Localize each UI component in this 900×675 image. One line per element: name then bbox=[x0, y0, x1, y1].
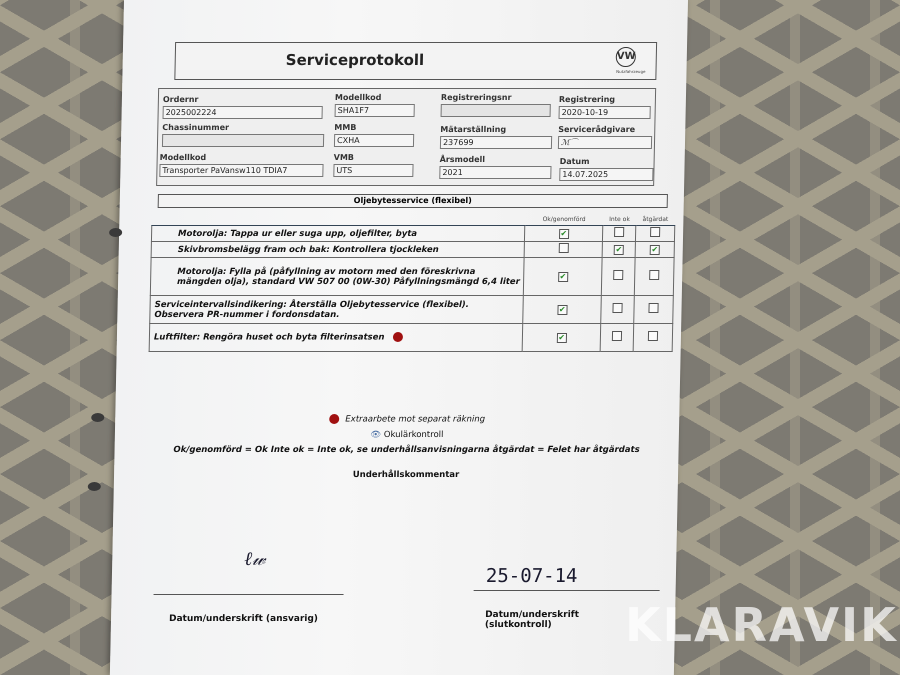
punch-hole bbox=[88, 482, 101, 491]
service-task-table: Ok/genomförd Inte ok åtgärdat Motorolja:… bbox=[149, 214, 676, 352]
task-label: Luftfilter: Rengöra huset och byta filte… bbox=[154, 333, 385, 343]
table-row: Motorolja: Fylla på (påfyllning av motor… bbox=[150, 258, 674, 296]
column-header-atgardat: åtgärdat bbox=[636, 214, 675, 226]
punch-hole bbox=[109, 228, 122, 237]
column-header-ok: Ok/genomförd bbox=[525, 214, 603, 226]
checkbox-ok[interactable]: ✔ bbox=[557, 333, 567, 343]
checkbox-inte-ok[interactable] bbox=[613, 303, 623, 313]
task-label: Skivbromsbelägg fram och bak: Kontroller… bbox=[178, 245, 439, 255]
legend-visual: 👁 Okulärkontroll bbox=[137, 430, 677, 440]
checkbox-atgardat[interactable] bbox=[648, 331, 658, 341]
signature-label-left: Datum/underskrift (ansvarig) bbox=[169, 614, 318, 624]
checkbox-ok[interactable]: ✔ bbox=[558, 272, 568, 282]
field-modellkod: ModellkodSHA1F7 bbox=[335, 93, 416, 117]
service-protocol-sheet: Serviceprotokoll VW Nutzfahrzeuge Ordern… bbox=[110, 0, 688, 675]
checkbox-ok[interactable]: ✔ bbox=[557, 305, 567, 315]
punch-hole bbox=[91, 413, 104, 422]
checkbox-inte-ok[interactable] bbox=[612, 331, 622, 341]
legend-extra: Extraarbete mot separat räkning bbox=[137, 414, 677, 425]
signature-line-left bbox=[154, 594, 344, 595]
checkbox-atgardat[interactable] bbox=[648, 303, 658, 313]
field-vmb: VMBUTS bbox=[333, 153, 414, 177]
vw-logo-icon: VW bbox=[616, 47, 636, 67]
field-registreringsnr: Registreringsnr bbox=[441, 93, 552, 117]
field-registrering: Registrering2020-10-19 bbox=[559, 95, 652, 119]
eye-icon: 👁 bbox=[370, 430, 381, 440]
signature-right-date: 25-07-14 bbox=[486, 565, 578, 587]
field-modellkod-beskrivning: ModellkodTransporter PaVansw110 TDIA7 bbox=[159, 153, 324, 177]
signature-line-right bbox=[474, 590, 660, 591]
field-mmb: MMBCXHA bbox=[334, 123, 415, 147]
field-datum: Datum14.07.2025 bbox=[559, 157, 654, 181]
table-row: Serviceintervallsindikering: Återställa … bbox=[150, 296, 674, 324]
checkbox-inte-ok[interactable]: ✔ bbox=[614, 245, 624, 255]
maintenance-comment-title: Underhållskommentar bbox=[136, 470, 676, 480]
extra-work-dot-icon bbox=[329, 414, 339, 424]
watermark: KLARAVIK bbox=[625, 598, 898, 652]
field-arsmodell: Årsmodell2021 bbox=[439, 155, 552, 179]
checkbox-ok[interactable] bbox=[558, 243, 568, 253]
task-label: Motorolja: Fylla på (påfyllning av motor… bbox=[177, 267, 520, 287]
table-row: Skivbromsbelägg fram och bak: Kontroller… bbox=[151, 242, 674, 258]
signature-label-right: Datum/underskrift (slutkontroll) bbox=[485, 610, 643, 630]
checkbox-inte-ok[interactable] bbox=[613, 270, 623, 280]
table-row: Motorolja: Tappa ur eller suga upp, olje… bbox=[151, 226, 674, 242]
column-header-inte-ok: Inte ok bbox=[603, 214, 636, 226]
header: Serviceprotokoll VW Nutzfahrzeuge bbox=[174, 42, 657, 80]
table-row: Luftfilter: Rengöra huset och byta filte… bbox=[149, 324, 673, 352]
checkbox-atgardat[interactable]: ✔ bbox=[650, 245, 660, 255]
field-serviceradgivare: Servicerådgivareℳ⌒ bbox=[558, 125, 653, 149]
field-matarstallning: Mätarställning237699 bbox=[440, 125, 553, 149]
brand-subtitle: Nutzfahrzeuge bbox=[616, 69, 645, 74]
field-ordernr: Ordernr2025002224 bbox=[163, 95, 324, 119]
field-chassinummer: Chassinummer bbox=[162, 123, 325, 147]
document-title: Serviceprotokoll bbox=[286, 51, 425, 69]
section-title: Oljebytesservice (flexibel) bbox=[158, 194, 668, 208]
vehicle-info: Ordernr2025002224 ModellkodSHA1F7 Regist… bbox=[156, 88, 656, 186]
checkbox-atgardat[interactable] bbox=[649, 270, 659, 280]
checkbox-ok[interactable]: ✔ bbox=[559, 229, 569, 239]
checkbox-inte-ok[interactable] bbox=[614, 227, 624, 237]
task-label: Motorolja: Tappa ur eller suga upp, olje… bbox=[178, 229, 417, 239]
checkbox-atgardat[interactable] bbox=[650, 227, 660, 237]
signature-left: ℓ𝓌 bbox=[244, 548, 266, 571]
extra-work-dot-icon bbox=[392, 332, 402, 342]
task-label: Serviceintervallsindikering: Återställa … bbox=[154, 300, 469, 320]
legend-explanation: Ok/genomförd = Ok Inte ok = Inte ok, se … bbox=[136, 445, 676, 455]
